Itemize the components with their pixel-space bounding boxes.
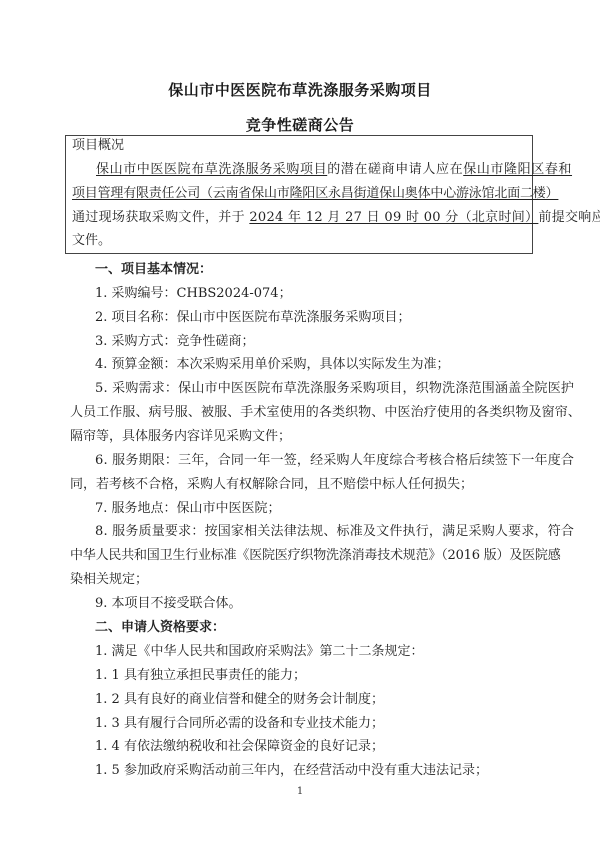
page-number: 1	[0, 786, 600, 797]
section1-item-5-line-1: 5. 采购需求：保山市中医医院布草洗涤服务采购项目，织物洗涤范围涵盖全院医护	[95, 381, 574, 397]
document-subtitle: 竞争性磋商公告	[0, 114, 600, 135]
overview-line1-mid: 的潜在磋商申请人应在	[327, 162, 463, 177]
section2-item-1-4: 1. 4 有依法缴纳税收和社会保障资金的良好记录；	[95, 739, 384, 755]
section1-item-6-line-2: 同，若考核不合格，采购人有权解除合同，且不赔偿中标人任何损失；	[70, 477, 473, 493]
overview-line-1: 保山市中医医院布草洗涤服务采购项目的潜在磋商申请人应在保山市隆阳区春和	[96, 162, 572, 178]
section1-item-4: 4. 预算金额：本次采购采用单价采购，具体以实际发生为准；	[95, 357, 450, 373]
section1-item-9: 9. 本项目不接受联合体。	[95, 596, 242, 612]
section2-item-1-1: 1. 1 具有独立承担民事责任的能力；	[95, 668, 306, 684]
overview-line3-suffix: 前提交响应	[538, 210, 600, 225]
overview-line-3: 通过现场获取采购文件，并于 2024 年 12 月 27 日 09 时 00 分…	[72, 210, 600, 226]
section2-item-1-2: 1. 2 具有良好的商业信誉和健全的财务会计制度；	[95, 692, 384, 708]
section1-item-7: 7. 服务地点：保山市中医医院；	[95, 501, 281, 517]
overview-company-part2: 项目管理有限责任公司（云南省保山市隆阳区永昌街道保山奥体中心游泳馆北面二楼）	[72, 186, 558, 201]
section1-heading: 一、项目基本情况：	[95, 262, 212, 278]
overview-heading: 项目概况	[72, 138, 124, 154]
document-page: 保山市中医医院布草洗涤服务采购项目 竞争性磋商公告 项目概况 保山市中医医院布草…	[0, 0, 600, 849]
section2-item-1: 1. 满足《中华人民共和国政府采购法》第二十二条规定：	[95, 644, 424, 660]
section1-item-3: 3. 采购方式：竞争性磋商；	[95, 334, 255, 350]
section1-item-6-line-1: 6. 服务期限：三年，合同一年一签，经采购人年度综合考核合格后续签下一年度合	[95, 453, 574, 469]
overview-project-name: 保山市中医医院布草洗涤服务采购项目	[96, 162, 327, 177]
section1-item-5-line-2: 人员工作服、病号服、被服、手术室使用的各类织物、中医治疗使用的各类织物及窗帘、	[70, 405, 581, 421]
overview-deadline: 2024 年 12 月 27 日 09 时 00 分（北京时间）	[249, 210, 538, 225]
section1-item-1: 1. 采购编号：CHBS2024-074；	[95, 286, 292, 302]
section1-item-5-line-3: 隔帘等，具体服务内容详见采购文件；	[70, 429, 291, 445]
overview-line-2: 项目管理有限责任公司（云南省保山市隆阳区永昌街道保山奥体中心游泳馆北面二楼）	[72, 186, 558, 202]
document-title: 保山市中医医院布草洗涤服务采购项目	[0, 79, 600, 100]
section1-item-2: 2. 项目名称：保山市中医医院布草洗涤服务采购项目；	[95, 310, 411, 326]
section2-item-1-5: 1. 5 参加政府采购活动前三年内，在经营活动中没有重大违法记录；	[95, 763, 488, 779]
overview-company-part1: 保山市隆阳区春和	[463, 162, 572, 177]
section2-item-1-3: 1. 3 具有履行合同所必需的设备和专业技术能力；	[95, 716, 384, 732]
section2-heading: 二、申请人资格要求：	[95, 620, 225, 636]
section1-item-8-line-1: 8. 服务质量要求：按国家相关法律法规、标准及文件执行，满足采购人要求，符合	[95, 524, 574, 540]
section1-item-8-line-3: 染相关规定；	[70, 572, 148, 588]
overview-line3-prefix: 通过现场获取采购文件，并于	[72, 210, 249, 225]
section1-item-8-line-2: 中华人民共和国卫生行业标准《医院医疗织物洗涤消毒技术规范》（2016 版）及医院…	[70, 548, 561, 564]
overview-line-4: 文件。	[72, 233, 111, 249]
